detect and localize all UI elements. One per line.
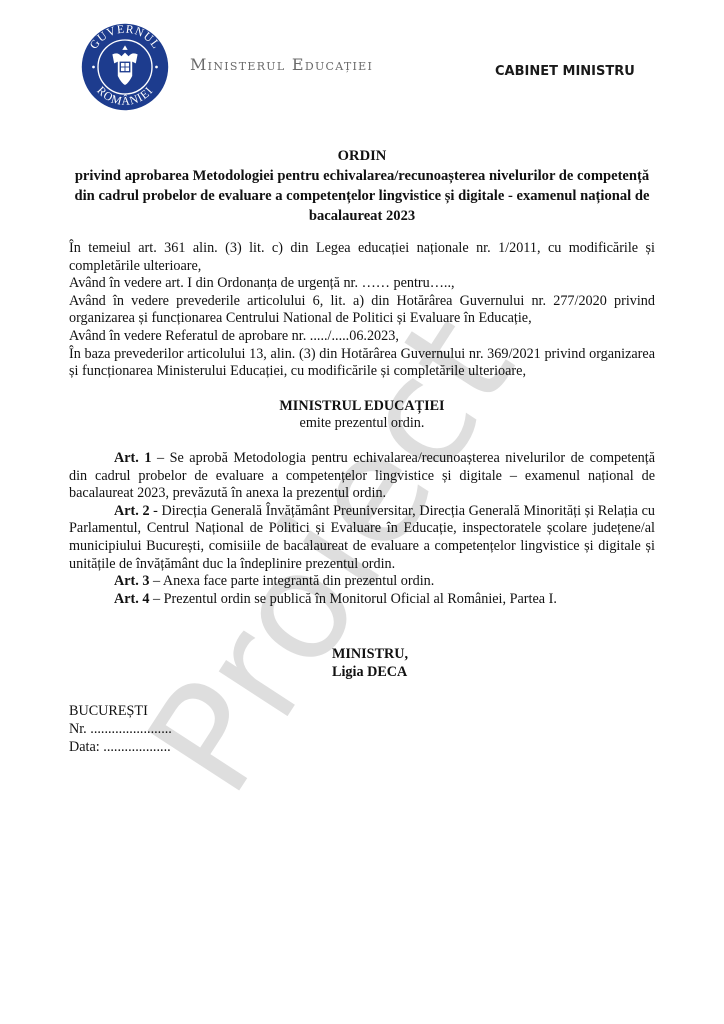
document-heading: ORDIN — [69, 146, 655, 166]
footer-block: BUCUREȘTI Nr. ....................... Da… — [69, 703, 655, 756]
article-1: Art. 1 – Se aprobă Metodologia pentru ec… — [69, 450, 655, 503]
article-label: Art. 4 — [114, 591, 149, 607]
issuer-block: MINISTRUL EDUCAȚIEI emite prezentul ordi… — [69, 398, 655, 433]
footer-date: Data: ................... — [69, 739, 655, 757]
preamble-item: În baza prevederilor articolului 13, ali… — [69, 346, 655, 381]
signature-name: Ligia DECA — [332, 664, 655, 682]
article-text: Prezentul ordin se publică în Monitorul … — [164, 591, 557, 607]
preamble-item: În temeiul art. 361 alin. (3) lit. c) di… — [69, 240, 655, 275]
signature-block: MINISTRU, Ligia DECA — [332, 646, 655, 681]
issuer-action: emite prezentul ordin. — [69, 415, 655, 433]
title-block: ORDIN privind aprobarea Metodologiei pen… — [69, 146, 655, 226]
footer-number: Nr. ....................... — [69, 721, 655, 739]
footer-city: BUCUREȘTI — [69, 703, 655, 721]
document-header: GUVERNUL ROMÂNIEI Ministerul Educației C… — [0, 0, 724, 120]
document-subtitle: privind aprobarea Metodologiei pentru ec… — [69, 166, 655, 226]
article-label: Art. 2 — [114, 503, 150, 519]
preamble-item: Având în vedere art. I din Ordonanța de … — [69, 275, 655, 293]
preamble-item: Având în vedere prevederile articolului … — [69, 293, 655, 328]
cabinet-label: CABINET MINISTRU — [495, 64, 635, 79]
article-label: Art. 1 — [114, 450, 151, 466]
article-label: Art. 3 — [114, 573, 149, 589]
preamble: În temeiul art. 361 alin. (3) lit. c) di… — [69, 240, 655, 381]
article-4: Art. 4 – Prezentul ordin se publică în M… — [69, 591, 655, 609]
ministry-name: Ministerul Educației — [190, 55, 373, 74]
document-body: ORDIN privind aprobarea Metodologiei pen… — [69, 146, 655, 756]
article-text: Anexa face parte integrantă din prezentu… — [163, 573, 434, 589]
articles: Art. 1 – Se aprobă Metodologia pentru ec… — [69, 450, 655, 608]
article-2: Art. 2 - Direcția Generală Învățământ Pr… — [69, 503, 655, 573]
signature-role: MINISTRU, — [332, 646, 655, 664]
government-seal-icon: GUVERNUL ROMÂNIEI — [80, 22, 170, 112]
preamble-item: Având în vedere Referatul de aprobare nr… — [69, 328, 655, 346]
article-3: Art. 3 – Anexa face parte integrantă din… — [69, 573, 655, 591]
issuer-name: MINISTRUL EDUCAȚIEI — [69, 398, 655, 416]
